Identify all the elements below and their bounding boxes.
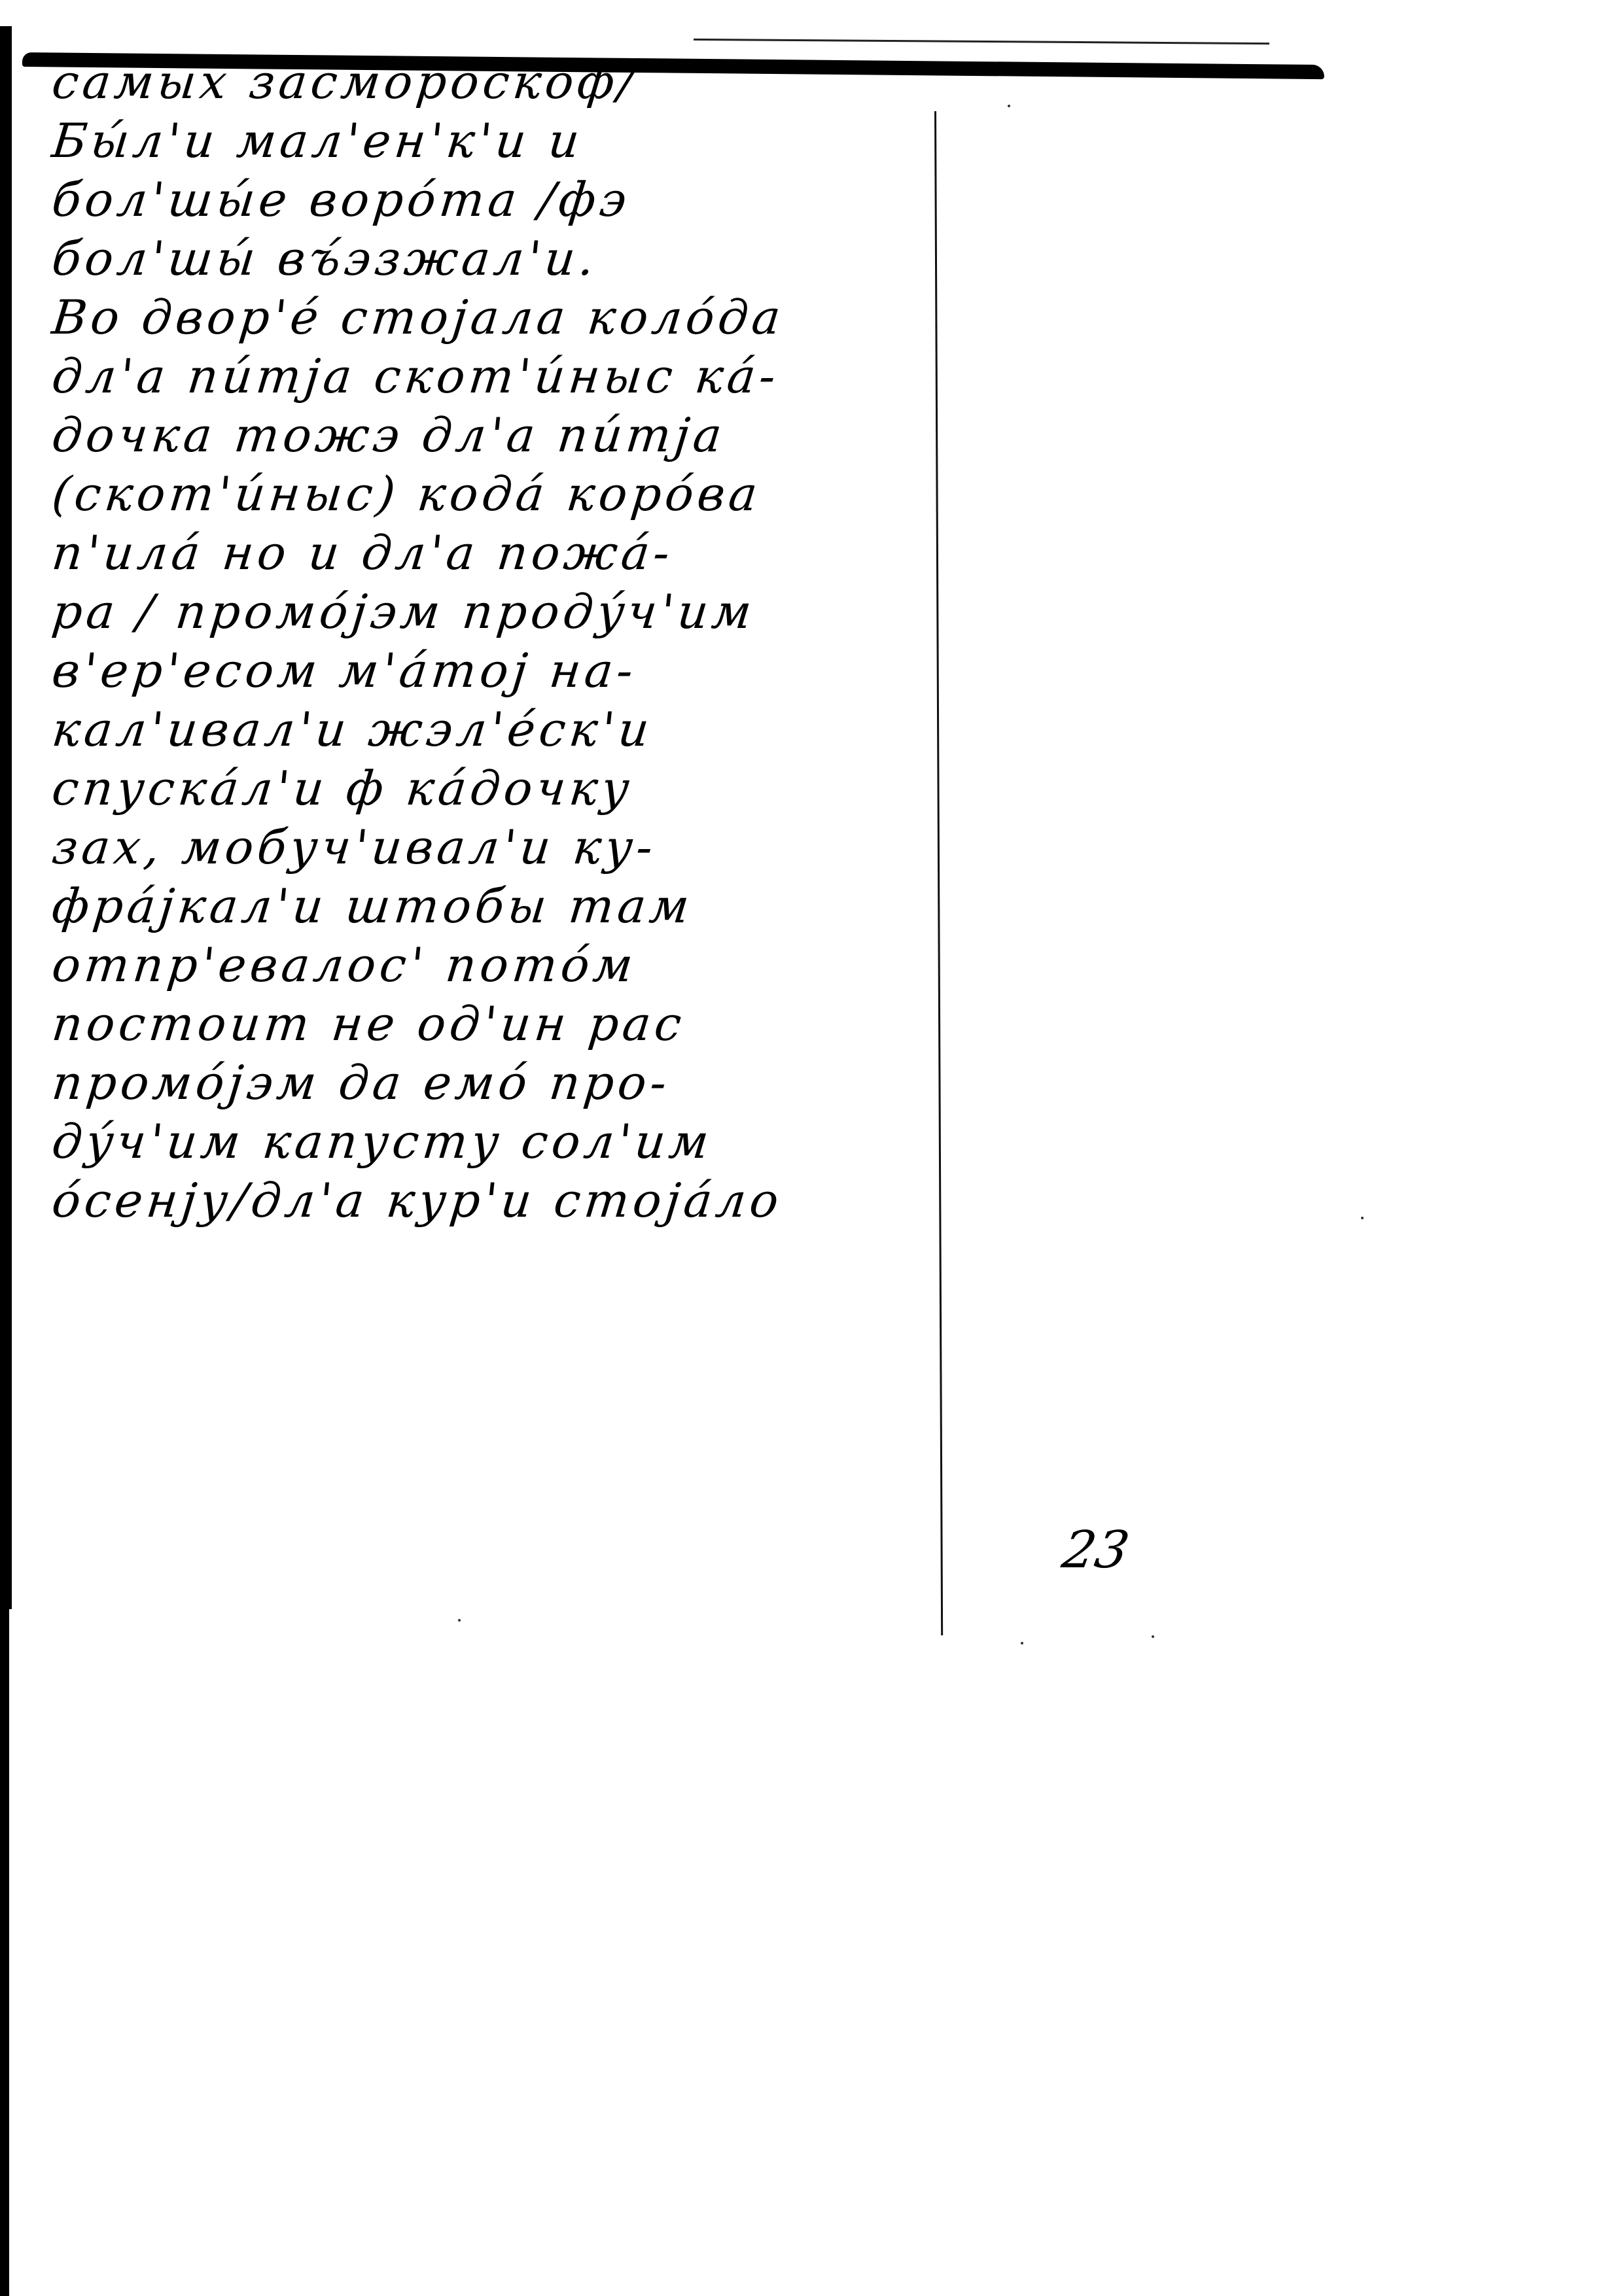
manuscript-page: самых зáсморóскоф/ Бы́л'и мал'ен'к'и и б… — [0, 0, 1607, 2296]
text-line: зах, мобуч'ивал'и ку- — [49, 818, 958, 877]
text-line: постоит не од'ин рас — [49, 994, 958, 1053]
text-line: óсенjу/дл'а кур'и стоjáло — [49, 1171, 958, 1230]
scan-speck — [458, 1619, 461, 1622]
text-line: Бы́л'и мал'ен'к'и и — [49, 111, 958, 170]
text-line: бол'шы́ въ́эзжал'и. — [49, 229, 958, 288]
text-line: дýч'им капусту сол'им — [49, 1112, 958, 1171]
page-top-edge-line — [694, 39, 1269, 44]
scan-speck — [1361, 1217, 1364, 1219]
text-line: ра / промójэм продýч'им — [49, 582, 958, 641]
text-line: фрájкал'и штобы там — [49, 877, 958, 935]
handwritten-text-block: самых зáсморóскоф/ Бы́л'и мал'ен'к'и и б… — [52, 52, 955, 1230]
text-line: бол'шы́е ворóта /фэ — [49, 170, 958, 229]
scan-speck — [1008, 105, 1010, 107]
text-line: отпр'евалос' потóм — [49, 935, 958, 994]
text-line: в'ер'есом м'áтоj на- — [49, 641, 958, 700]
text-line: промójэм да емó про- — [49, 1053, 958, 1112]
scan-speck — [1152, 1635, 1154, 1638]
text-line: Во двор'é стоjала колóда — [49, 288, 958, 347]
scan-left-edge-lower — [0, 1609, 9, 2296]
text-line: дл'а пи́тjа скот'и́ныс ка́- — [49, 347, 958, 406]
text-line: дочка тожэ дл'а пи́тjа — [49, 406, 958, 464]
text-line: спускáл'и ф кáдочку — [49, 759, 958, 818]
text-line: (скот'и́ныс) кодá корóва — [49, 464, 958, 523]
text-line: самых зáсморóскоф/ — [49, 52, 958, 111]
scan-speck — [1021, 1642, 1023, 1644]
scan-left-edge — [0, 26, 12, 1609]
text-line: п'илá но и дл'а пожá- — [49, 523, 958, 582]
text-line: кал'ивал'и жэл'éск'и — [49, 700, 958, 759]
page-number: 23 — [1058, 1521, 1133, 1580]
